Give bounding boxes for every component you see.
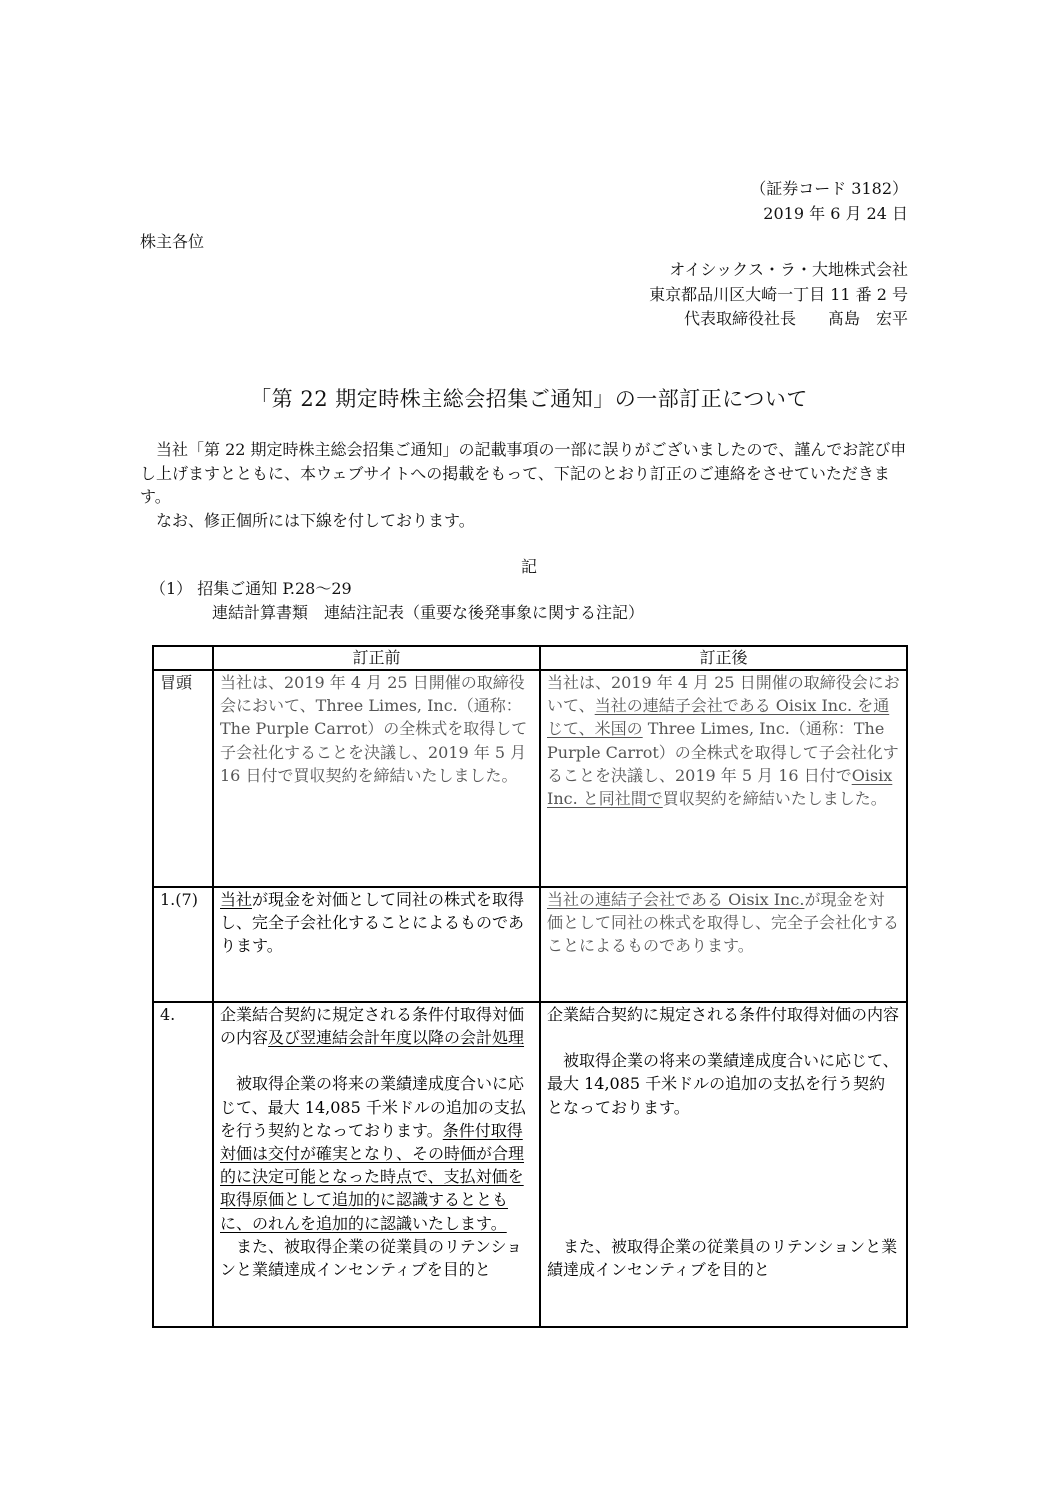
intro-note: なお、修正個所には下線を付しております。 bbox=[140, 509, 910, 533]
table-row: 4. 企業結合契約に規定される条件付取得対価の内容及び翌連結会計年度以降の会計処… bbox=[153, 1002, 907, 1327]
after-heading: 企業結合契約に規定される条件付取得対価の内容 bbox=[547, 1003, 900, 1026]
section-title: 招集ご通知 P.28～29 bbox=[197, 579, 351, 598]
after-cell: 当社は、2019 年 4 月 25 日開催の取締役会において、当社の連結子会社で… bbox=[540, 670, 907, 887]
intro-paragraph: 当社「第 22 期定時株主総会招集ご通知」の記載事項の一部に誤りがございましたの… bbox=[140, 438, 910, 509]
after-cell: 企業結合契約に規定される条件付取得対価の内容 被取得企業の将来の業績達成度合いに… bbox=[540, 1002, 907, 1327]
before-underlined-text: 及び翌連結会計年度以降の会計処理 bbox=[268, 1028, 524, 1047]
company-address: 東京都品川区大崎一丁目 11 番 2 号 bbox=[649, 283, 908, 307]
company-name: オイシックス・ラ・大地株式会社 bbox=[669, 258, 908, 282]
page-title: 「第 22 期定時株主総会招集ご通知」の一部訂正について bbox=[0, 383, 1058, 413]
before-text: 当社は、2019 年 4 月 25 日開催の取締役会において、Three Lim… bbox=[220, 673, 527, 785]
after-underlined-text: 当社の連結子会社である Oisix Inc. bbox=[547, 890, 804, 909]
representative: 代表取締役社長 髙島 宏平 bbox=[684, 307, 908, 331]
header-after: 訂正後 bbox=[540, 646, 907, 670]
after-text: 買収契約を締結いたしました。 bbox=[663, 789, 887, 808]
before-heading: 企業結合契約に規定される条件付取得対価の内容及び翌連結会計年度以降の会計処理 bbox=[220, 1003, 533, 1049]
before-cell: 企業結合契約に規定される条件付取得対価の内容及び翌連結会計年度以降の会計処理 被… bbox=[213, 1002, 540, 1327]
table-row: 1.(7) 当社が現金を対価として同社の株式を取得し、完全子会社化することによる… bbox=[153, 887, 907, 1002]
securities-code: （証券コード 3182） bbox=[750, 177, 908, 201]
section-number: （1） bbox=[150, 579, 192, 598]
table-row: 冒頭 当社は、2019 年 4 月 25 日開催の取締役会において、Three … bbox=[153, 670, 907, 887]
addressee: 株主各位 bbox=[140, 230, 204, 254]
before-cell: 当社は、2019 年 4 月 25 日開催の取締役会において、Three Lim… bbox=[213, 670, 540, 887]
after-cell: 当社の連結子会社である Oisix Inc.が現金を対価として同社の株式を取得し… bbox=[540, 887, 907, 1002]
header-before: 訂正前 bbox=[213, 646, 540, 670]
section-heading: （1） 招集ご通知 P.28～29 bbox=[150, 577, 352, 601]
before-paragraph: また、被取得企業の従業員のリテンションと業績達成インセンティブを目的と bbox=[220, 1235, 533, 1281]
header-blank bbox=[153, 646, 213, 670]
row-label: 冒頭 bbox=[153, 670, 213, 887]
before-underlined-text: 当社 bbox=[220, 890, 252, 909]
before-text: が現金を対価として同社の株式を取得し、完全子会社化することによるものであります。 bbox=[220, 890, 524, 955]
row-label: 1.(7) bbox=[153, 887, 213, 1002]
before-paragraph: 被取得企業の将来の業績達成度合いに応じて、最大 14,085 千米ドルの追加の支… bbox=[220, 1072, 533, 1234]
table-header-row: 訂正前 訂正後 bbox=[153, 646, 907, 670]
correction-table: 訂正前 訂正後 冒頭 当社は、2019 年 4 月 25 日開催の取締役会におい… bbox=[152, 645, 908, 1328]
row-label: 4. bbox=[153, 1002, 213, 1327]
ki-heading: 記 bbox=[0, 555, 1058, 579]
before-cell: 当社が現金を対価として同社の株式を取得し、完全子会社化することによるものでありま… bbox=[213, 887, 540, 1002]
after-paragraph: 被取得企業の将来の業績達成度合いに応じて、最大 14,085 千米ドルの追加の支… bbox=[547, 1049, 900, 1119]
document-date: 2019 年 6 月 24 日 bbox=[763, 202, 908, 226]
after-paragraph: また、被取得企業の従業員のリテンションと業績達成インセンティブを目的と bbox=[547, 1235, 900, 1281]
section-subheading: 連結計算書類 連結注記表（重要な後発事象に関する注記） bbox=[212, 601, 644, 625]
intro: 当社「第 22 期定時株主総会招集ご通知」の記載事項の一部に誤りがございましたの… bbox=[140, 438, 910, 532]
